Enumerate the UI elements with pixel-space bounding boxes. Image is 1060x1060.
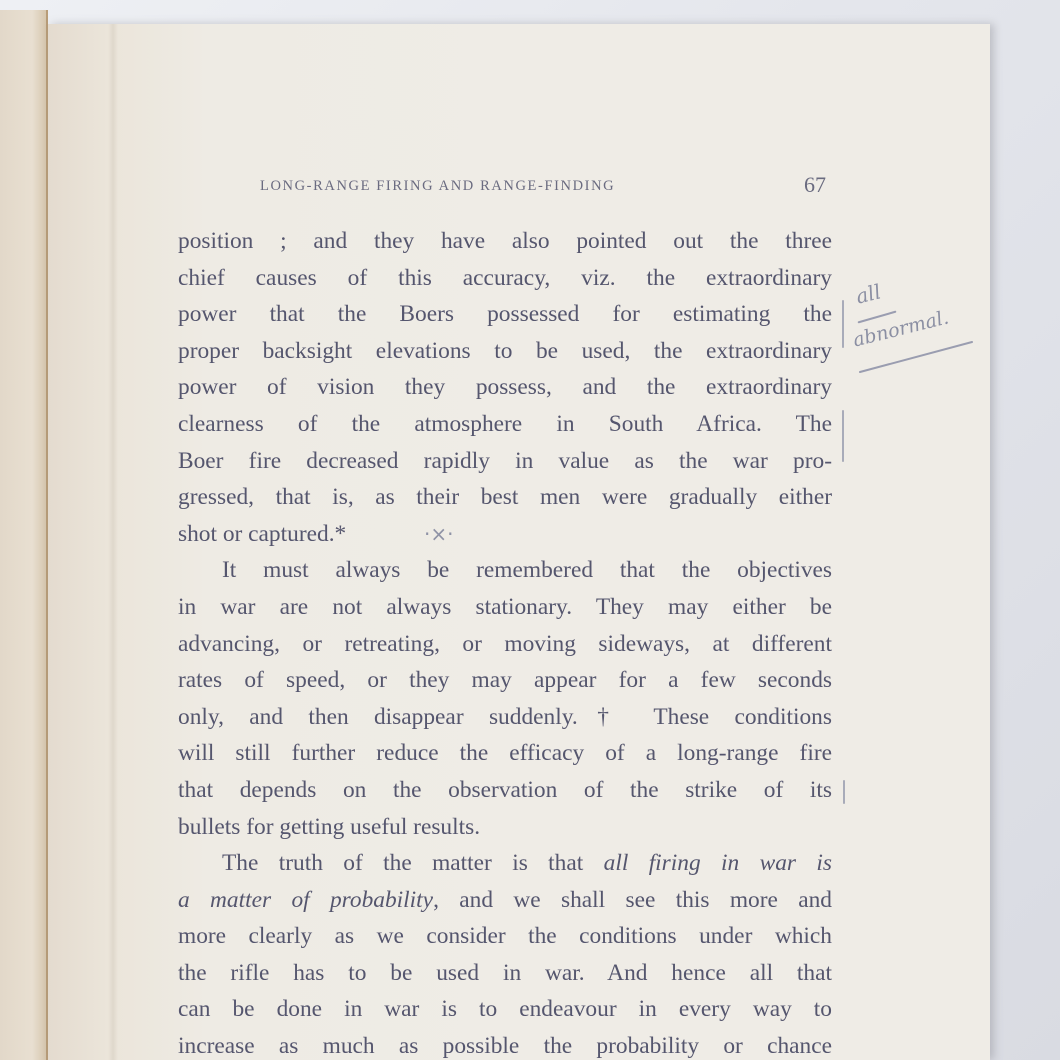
text-line: rates of speed, or they may appear for a… xyxy=(178,662,832,699)
text-line: Boer fire decreased rapidly in value as … xyxy=(178,443,832,480)
pencil-margin-bracket xyxy=(842,410,844,462)
text-line: clearness of the atmosphere in South Afr… xyxy=(178,406,832,443)
running-head-title: LONG-RANGE FIRING AND RANGE-FINDING xyxy=(260,178,615,195)
page-number: 67 xyxy=(804,172,826,198)
text-line: gressed, that is, as their best men were… xyxy=(178,479,832,516)
text-line: proper backsight elevations to be used, … xyxy=(178,333,832,370)
pencil-margin-bracket xyxy=(843,780,845,804)
gutter-shadow xyxy=(108,24,118,1060)
emphasis-text: a matter of probability xyxy=(178,887,433,913)
text-line: advancing, or retreating, or moving side… xyxy=(178,626,832,663)
text-line: only, and then disappear suddenly.† Thes… xyxy=(178,699,832,736)
emphasis-text: all firing in war is xyxy=(604,850,832,876)
text-line-paragraph-end: bullets for getting useful results. xyxy=(178,809,832,846)
text-line: chief causes of this accuracy, viz. the … xyxy=(178,260,832,297)
roman-text: , and we shall see this more and xyxy=(433,887,832,913)
body-text: position ; and they have also pointed ou… xyxy=(178,223,832,1060)
pencil-cross-mark: ·×· xyxy=(424,522,453,546)
text-line-paragraph-start: It must always be remembered that the ob… xyxy=(178,552,832,589)
text-line: a matter of probability, and we shall se… xyxy=(178,882,832,919)
text-line: can be done in war is to endeavour in ev… xyxy=(178,991,832,1028)
text-line: increase as much as possible the probabi… xyxy=(178,1028,832,1060)
pencil-margin-bracket xyxy=(842,300,844,348)
text-line: power of vision they possess, and the ex… xyxy=(178,369,832,406)
text-line: the rifle has to be used in war. And hen… xyxy=(178,955,832,992)
text-line-paragraph-end: shot or captured.* xyxy=(178,516,832,553)
text-line: position ; and they have also pointed ou… xyxy=(178,223,832,260)
facing-page-edge xyxy=(0,10,48,1060)
roman-text: The truth of the matter is that xyxy=(222,850,604,876)
text-line: power that the Boers possessed for estim… xyxy=(178,296,832,333)
text-line: more clearly as we consider the conditio… xyxy=(178,918,832,955)
text-line: in war are not always stationary. They m… xyxy=(178,589,832,626)
running-head: LONG-RANGE FIRING AND RANGE-FINDING 67 xyxy=(210,172,830,202)
text-line-paragraph-start: The truth of the matter is that all firi… xyxy=(178,845,832,882)
text-line: that depends on the observation of the s… xyxy=(178,772,832,809)
text-line: will still further reduce the efficacy o… xyxy=(178,735,832,772)
